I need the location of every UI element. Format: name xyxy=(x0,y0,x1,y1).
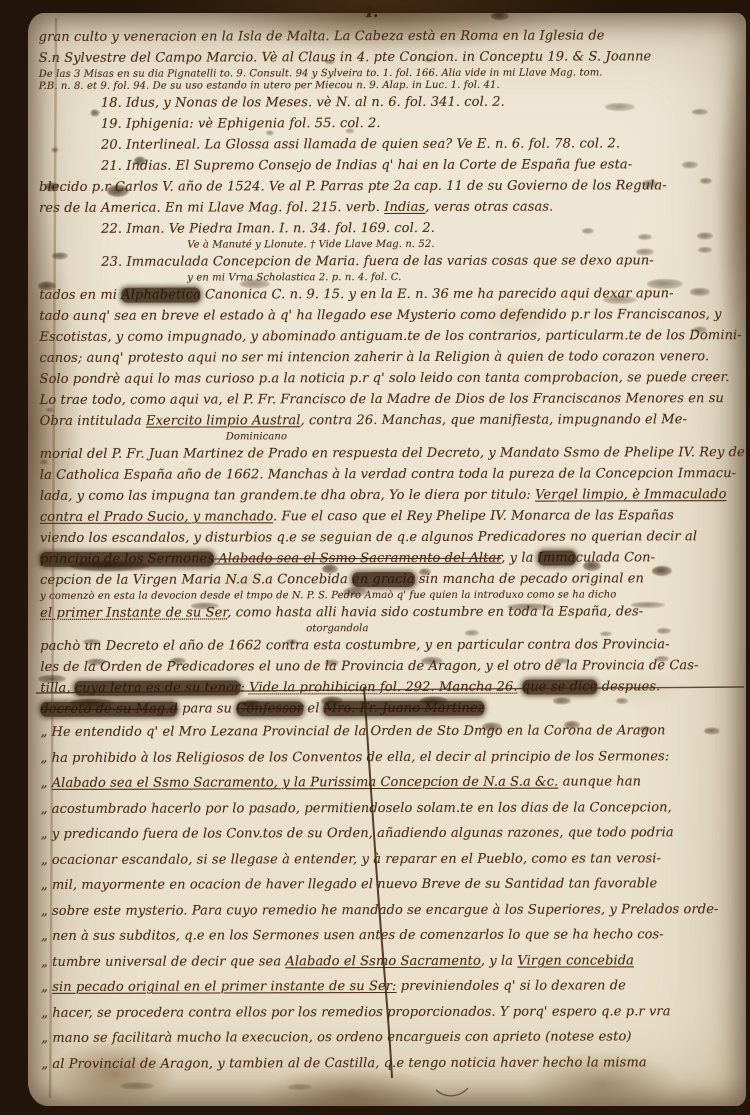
text-run: culada Con- xyxy=(576,550,655,565)
manuscript-line: morial del P. Fr. Juan Martinez de Prado… xyxy=(40,442,746,465)
manuscript-line: blecido p.r Carlos V. año de 1524. Ve al… xyxy=(39,175,745,198)
text-run: y comenzò en esta la devocion desde el t… xyxy=(40,589,616,602)
manuscript-text: gran culto y veneracion en la Isla de Ma… xyxy=(39,25,748,1077)
text-bs: decreto de su Mag.d xyxy=(40,702,177,717)
text-run: „ mil, mayormente en ocacion de haver ll… xyxy=(41,876,657,893)
manuscript-line: les de la Orden de Predicadores el uno d… xyxy=(40,655,746,678)
text-u: contra el Prado Sucio, y manchado xyxy=(40,509,273,525)
text-run: „ nen à sus subditos, q.e en los Sermone… xyxy=(41,927,664,944)
manuscript-line: 22. Iman. Ve Piedra Iman. I. n. 34. fol.… xyxy=(39,217,745,240)
manuscript-line: 23. Immaculada Concepcion de Maria. fuer… xyxy=(39,250,745,273)
manuscript-line: „ hacer, se procedera contra ellos por l… xyxy=(41,999,747,1026)
text-run: „ mano se facilitarà mucho la execucion,… xyxy=(41,1029,631,1046)
manuscript-line: Obra intitulada Exercito limpio Austral,… xyxy=(40,409,746,432)
text-run: les de la Orden de Predicadores el uno d… xyxy=(40,658,698,675)
text-run: 18. Idus, y Nonas de los Meses. vè N. al… xyxy=(101,95,505,111)
manuscript-line: „ sobre este mysterio. Para cuyo remedio… xyxy=(41,897,747,924)
text-u: Exercito limpio Austral xyxy=(146,413,301,428)
text-run: sin mancha de pecado original en xyxy=(415,571,644,587)
text-run: morial del P. Fr. Juan Martinez de Prado… xyxy=(40,445,745,462)
text-run: cepcion de la Virgen Maria N.a S.a Conce… xyxy=(40,572,352,588)
text-run: Escotistas, y como impugnado, y abominad… xyxy=(39,328,741,345)
manuscript-line: „ y predicando fuera de los Conv.tos de … xyxy=(41,820,747,847)
text-run: , veras otras casas. xyxy=(425,200,553,215)
text-b: en gracia xyxy=(352,572,415,587)
text-run: „ xyxy=(41,980,52,995)
manuscript-line: „ mil, mayormente en ocacion de haver ll… xyxy=(41,871,747,898)
text-run: „ tumbre universal de decir que sea xyxy=(41,954,285,970)
text-run: gran culto y veneracion en la Isla de Ma… xyxy=(39,28,605,44)
text-run: P.B. n. 8. et 9. fol. 94. De su uso esta… xyxy=(39,80,500,92)
manuscript-line: „ al Provincial de Aragon, y tambien al … xyxy=(41,1050,747,1077)
text-u: Indias xyxy=(384,200,425,215)
text-run: tado aunq' sea en breve el estado à q' h… xyxy=(39,307,721,324)
text-run: „ ocacionar escandalo, si se llegase à e… xyxy=(41,851,661,868)
text-b: Imma xyxy=(538,551,576,566)
text-run: S.n Sylvestre del Campo Marcio. Vè al Cl… xyxy=(39,49,652,66)
text-run: viendo los escandalos, y disturbios q.e … xyxy=(40,529,697,546)
text-run: 21. Indias. El Supremo Consejo de Indias… xyxy=(101,157,632,173)
text-run: aunque han xyxy=(558,774,641,789)
text-run: De las 3 Misas en su dia Pignatelli to. … xyxy=(39,67,603,79)
text-u: sin pecado original en el primer instant… xyxy=(52,979,396,995)
text-run: Solo pondrè aqui lo mas curioso p.a la n… xyxy=(40,370,730,387)
manuscript-line: lada, y como las impugna tan grandem.te … xyxy=(40,484,746,507)
manuscript-line: „ tumbre universal de decir que sea Alab… xyxy=(41,948,747,975)
text-run: para su xyxy=(178,701,236,716)
manuscript-line: Solo pondrè aqui lo mas curioso p.a la n… xyxy=(40,367,746,390)
manuscript-line: Escotistas, y como impugnado, y abominad… xyxy=(39,325,745,348)
text-run: blecido p.r Carlos V. año de 1524. Ve al… xyxy=(39,178,667,195)
text-run: , y la xyxy=(481,953,518,968)
text-run: „ acostumbrado hacerlo por lo pasado, pe… xyxy=(41,800,672,817)
manuscript-line: „ He entendido q' el Mro Lezana Provinci… xyxy=(40,718,746,745)
text-run: tilla, xyxy=(40,681,74,696)
text-run: „ y predicando fuera de los Conv.tos de … xyxy=(41,825,674,842)
manuscript-line: 20. Interlineal. La Glossa assi llamada … xyxy=(39,133,745,156)
text-b: principio de los Sermones xyxy=(40,551,214,566)
text-run: Obra intitulada xyxy=(40,414,146,429)
manuscript-line: „ mano se facilitarà mucho la execucion,… xyxy=(41,1024,747,1051)
manuscript-line: „ acostumbrado hacerlo por lo pasado, pe… xyxy=(41,795,747,822)
manuscript-page: I. gran culto y veneracion en la Isla de… xyxy=(0,0,750,1115)
text-run: , como hasta alli havia sido costumbre e… xyxy=(227,604,643,620)
text-run: pachò un Decreto el año de 1662 contra e… xyxy=(40,637,669,654)
text-run: „ sobre este mysterio. Para cuyo remedio… xyxy=(41,902,719,919)
text-run xyxy=(518,680,522,695)
manuscript-line: pachò un Decreto el año de 1662 contra e… xyxy=(40,634,746,657)
text-run: „ al Provincial de Aragon, y tambien al … xyxy=(41,1055,646,1072)
text-run: lada, y como las impugna tan grandem.te … xyxy=(40,488,535,504)
manuscript-line: contra el Prado Sucio, y manchado. Fue e… xyxy=(40,505,746,528)
text-run: 19. Iphigenia: vè Ephigenia fol. 55. col… xyxy=(101,116,381,132)
manuscript-line: viendo los escandalos, y disturbios q.e … xyxy=(40,526,746,549)
text-su: Alabado sea el Ssmo Sacramento del Altar xyxy=(214,551,501,567)
text-bs: Mro. Fr. Juano Martinez xyxy=(324,701,485,716)
manuscript-line: res de la America. En mi Llave Mag. fol.… xyxy=(39,196,745,219)
text-b: Alphabetica xyxy=(121,288,201,303)
manuscript-line: tilla, cuya letra es de su tenor: Vide l… xyxy=(40,676,746,699)
manuscript-line: tados en mi Alphabetica Canonica C. n. 9… xyxy=(39,283,745,306)
text-run: el xyxy=(303,701,324,716)
text-run: tados en mi xyxy=(39,288,121,303)
text-run: . Fue el caso que el Rey Phelipe IV. Mon… xyxy=(273,508,674,524)
text-run: Canonica C. n. 9. 15. y en la E. n. 36 m… xyxy=(201,286,674,302)
manuscript-line: decreto de su Mag.d para su Confessor el… xyxy=(40,697,746,720)
manuscript-line: el primer Instante de su Ser, como hasta… xyxy=(40,601,746,624)
manuscript-line: tado aunq' sea en breve el estado à q' h… xyxy=(39,304,745,327)
manuscript-line: 18. Idus, y Nonas de los Meses. vè N. al… xyxy=(39,91,745,114)
manuscript-line: „ ha prohibido à los Religiosos de los C… xyxy=(41,744,747,771)
text-run: „ ha prohibido à los Religiosos de los C… xyxy=(41,749,670,766)
text-du: el primer Instante de su Ser xyxy=(40,605,227,620)
text-u: Virgen concebida xyxy=(517,953,634,968)
manuscript-line: „ sin pecado original en el primer insta… xyxy=(41,973,747,1000)
text-b: cuya letra es de su tenor xyxy=(75,680,241,695)
manuscript-line: „ ocacionar escandalo, si se llegase à e… xyxy=(41,846,747,873)
text-run: 23. Immaculada Concepcion de Maria. fuer… xyxy=(101,253,654,269)
text-run: , contra 26. Manchas, que manifiesta, im… xyxy=(300,412,687,428)
manuscript-line: cepcion de la Virgen Maria N.a S.a Conce… xyxy=(40,568,746,591)
manuscript-line: la Catholica España año de 1662. Manchas… xyxy=(40,463,746,486)
manuscript-line: gran culto y veneracion en la Isla de Ma… xyxy=(39,25,745,48)
text-u: Alabado sea el Ssmo Sacramento, y la Pur… xyxy=(52,775,559,791)
manuscript-line: Lo trae todo, como aqui va, el P. Fr. Fr… xyxy=(40,388,746,411)
text-run: „ He entendido q' el Mro Lezana Provinci… xyxy=(40,723,665,740)
text-run: , y la xyxy=(501,551,538,566)
manuscript-line: S.n Sylvestre del Campo Marcio. Vè al Cl… xyxy=(39,46,745,69)
text-u: Alabado el Ssmo Sacramento xyxy=(285,953,480,969)
text-run: res de la America. En mi Llave Mag. fol.… xyxy=(39,200,384,216)
text-run: despues. xyxy=(597,679,660,694)
text-run: canos; aunq' protesto aqui no ser mi int… xyxy=(39,349,709,366)
text-run: la Catholica España año de 1662. Manchas… xyxy=(40,466,736,483)
text-run: Lo trae todo, como aqui va, el P. Fr. Fr… xyxy=(40,391,724,408)
text-run: „ xyxy=(41,776,52,791)
manuscript-line: 21. Indias. El Supremo Consejo de Indias… xyxy=(39,154,745,177)
manuscript-line: „ nen à sus subditos, q.e en los Sermone… xyxy=(41,922,747,949)
manuscript-line: canos; aunq' protesto aqui no ser mi int… xyxy=(39,346,745,369)
manuscript-line: principio de los Sermones Alabado sea el… xyxy=(40,547,746,570)
text-run: Dominicano xyxy=(226,431,287,442)
text-b: que se dice xyxy=(522,679,598,694)
text-u: Vergel limpio, è Immaculado xyxy=(535,487,726,503)
text-run: y en mi Vrna Scholastica 2. p. n. 4. fol… xyxy=(187,272,401,284)
manuscript-line: 19. Iphigenia: vè Ephigenia fol. 55. col… xyxy=(39,112,745,135)
text-du: Vide la prohibicion fol. 292. Mancha 26. xyxy=(249,680,517,696)
text-run: 22. Iman. Ve Piedra Iman. I. n. 34. fol.… xyxy=(101,221,435,237)
text-run: otorgandola xyxy=(306,623,368,634)
text-bs: Confessor xyxy=(236,701,303,716)
text-run: Ve à Manuté y Llonute. † Vide Llave Mag.… xyxy=(187,239,434,251)
text-run: 20. Interlineal. La Glossa assi llamada … xyxy=(101,136,620,152)
text-run: : xyxy=(240,680,249,695)
text-run: „ hacer, se procedera contra ellos por l… xyxy=(41,1004,670,1021)
text-run: previniendoles q' si lo dexaren de xyxy=(397,978,626,994)
manuscript-line: „ Alabado sea el Ssmo Sacramento, y la P… xyxy=(41,769,747,796)
page-number: I. xyxy=(366,3,378,21)
